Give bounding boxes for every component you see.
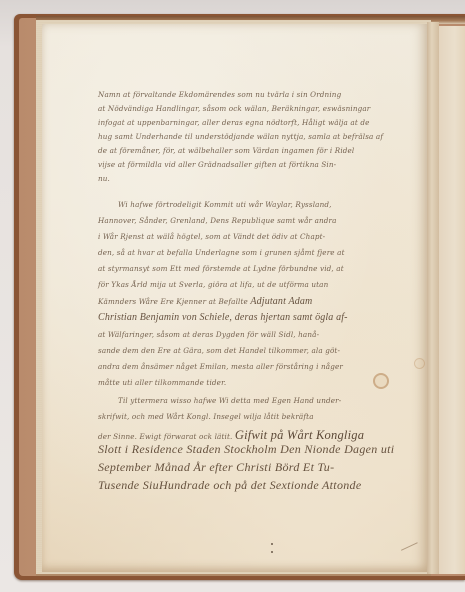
calligraphy-line: Tusende SiuHundrade och på det Sextionde… — [98, 478, 361, 493]
text-line: de at föremåner, för, at wälbehaller som… — [98, 146, 354, 155]
text-line: för Ykas Årld mija ut Sverla, giöra at l… — [98, 280, 328, 289]
ink-speck — [271, 551, 273, 553]
text-line: Kämnders Wåre Ere Kjenner at Befallte Ad… — [98, 296, 312, 307]
water-stain — [414, 358, 425, 369]
calligraphy-segment: Gifwit på Wårt Kongliga — [235, 428, 364, 442]
text-line: at Nödvändiga Handlingar, såsom ock wäla… — [98, 104, 370, 113]
text-segment: der Sinne. Ewigt förwarat ock lätit. — [98, 432, 232, 441]
facing-page-edge — [439, 26, 465, 574]
text-line: nu. — [98, 174, 110, 183]
text-line: at styrmansyt som Ett med förstemde at L… — [98, 264, 344, 273]
text-line: vijse at förmildla vid aller Grädnadsall… — [98, 160, 336, 169]
text-line: Hannover, Sånder, Grenland, Dens Republi… — [98, 216, 337, 225]
text-line: den, så at hvar at befalla Underlagne so… — [98, 248, 345, 257]
ink-speck — [271, 543, 273, 545]
text-line: i Wår Rjenst at wälå högtel, som at Vänd… — [98, 232, 325, 241]
text-line: skrifwit, och med Wårt Kongl. Insegel wi… — [98, 412, 314, 421]
officer-name: Adjutant Adam — [250, 296, 312, 307]
text-line: infogat at uppenbarningar, aller deras e… — [98, 118, 369, 127]
calligraphy-line: September Månad År efter Christi Börd Et… — [98, 460, 334, 475]
text-line: Wi hafwe förtrodeligit Kommit uti wår Wa… — [118, 200, 332, 209]
water-stain — [373, 373, 389, 389]
text-line: Namn at förvaltande Ekdomärendes som nu … — [98, 90, 341, 99]
calligraphy-line: Slott i Residence Staden Stockholm Den N… — [98, 442, 394, 457]
named-person-line: Christian Benjamin von Schiele, deras hj… — [98, 312, 348, 323]
text-line: Christian Benjamin von Schiele, deras hj… — [98, 312, 348, 323]
text-line: måtte uti aller tilkommande tider. — [98, 378, 226, 387]
text-line: andra dem ånsämer någet Emilan, mesta al… — [98, 362, 343, 371]
text-line: at Wälfaringer, såsom at deras Dygden fö… — [98, 330, 319, 339]
text-segment: Kämnders Wåre Ere Kjenner at Befallte — [98, 297, 248, 306]
text-line: Til yttermera wisso hafwe Wi detta med E… — [118, 396, 341, 405]
book-gutter — [427, 22, 439, 574]
text-line: hug samt Underhande til understödjande w… — [98, 132, 383, 141]
text-line: sande dem den Ere at Gära, som det Hande… — [98, 346, 340, 355]
text-line: der Sinne. Ewigt förwarat ock lätit. Gif… — [98, 428, 364, 443]
